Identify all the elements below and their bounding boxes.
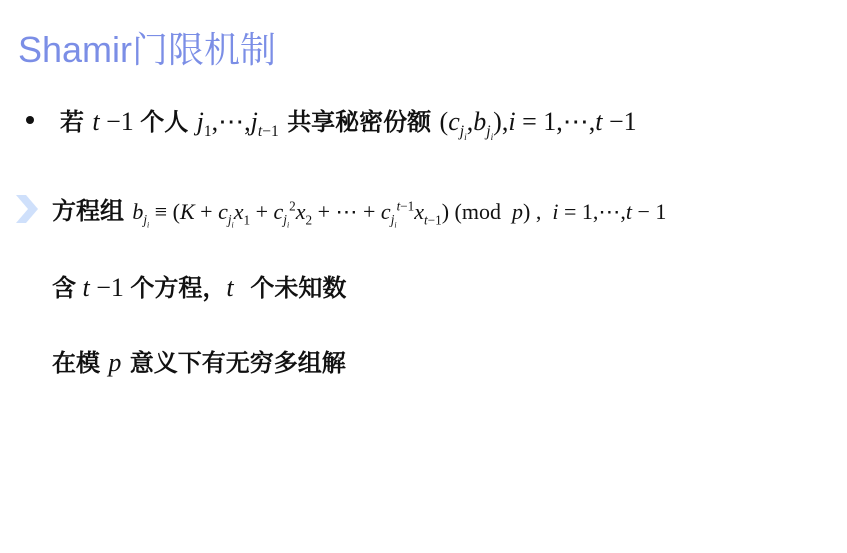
line4-prefix: 在模	[52, 349, 100, 377]
math-t: t	[226, 273, 233, 302]
equation-label: 方程组	[52, 197, 124, 225]
infinite-solutions-line: 在模 p 意义下有无穷多组解	[52, 343, 346, 378]
equations-count-line: 含 t −1 个方程，t 个未知数	[52, 268, 346, 303]
line3-suffix: 个未知数	[250, 274, 346, 302]
math-minus-1: −1	[100, 107, 141, 136]
equation-system-line: 方程组 bji ≡ (K + cjix1 + cji2x2 + ⋯ + cjit…	[52, 191, 666, 230]
bullet-mid2: 共享秘密份额	[287, 108, 431, 136]
line3-prefix: 含	[52, 274, 76, 302]
slide-title: Shamir门限机制	[18, 22, 276, 73]
math-j-list: j1,⋯,jt−1	[197, 107, 279, 136]
math-share-pair: (cji,bji),i = 1,⋯,t −1	[440, 107, 637, 136]
line3-mid: 个方程，	[130, 274, 226, 302]
bullet-prefix: 若	[60, 108, 84, 136]
bullet-dot-icon	[26, 116, 34, 124]
math-p: p	[108, 348, 121, 377]
math-t-minus-1-b: t −1	[76, 273, 130, 302]
line4-suffix: 意义下有无穷多组解	[130, 349, 346, 377]
bullet-shares: 若 t −1 个人 j1,⋯,jt−1 共享秘密份额 (cji,bji),i =…	[26, 102, 637, 143]
bullet-mid1: 个人	[140, 108, 188, 136]
equation-formula: bji ≡ (K + cjix1 + cji2x2 + ⋯ + cjit−1xt…	[132, 199, 666, 224]
math-t-minus-1: t	[92, 107, 99, 136]
chevron-right-icon	[14, 193, 40, 225]
